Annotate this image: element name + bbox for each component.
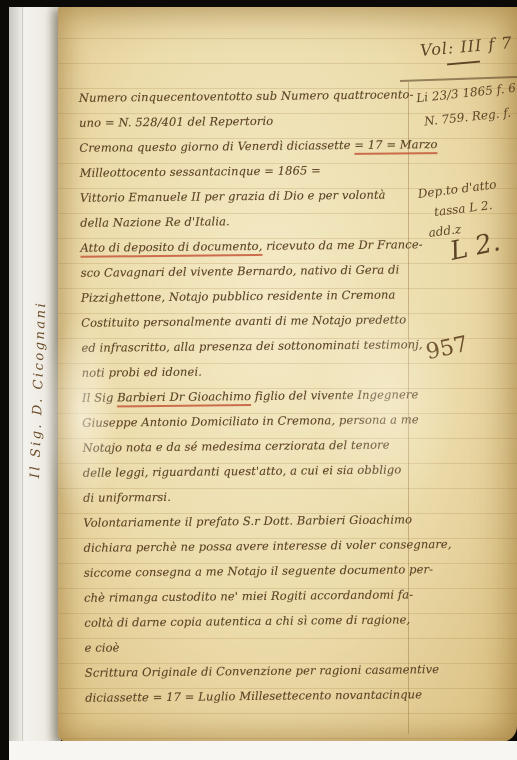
manuscript-line: Milleottocento sessantacinque = 1865 = (80, 157, 424, 186)
manuscript-line: Cremona questo giorno di Venerdì diciass… (79, 132, 423, 161)
manuscript-line: delle leggi, riguardanti quest'atto, a c… (83, 457, 427, 486)
register-number-note: N. 759. Reg. f. (424, 105, 512, 128)
manuscript-line: della Nazione Re d'Italia. (80, 207, 424, 236)
manuscript-line: Volontariamente il prefato S.r Dott. Bar… (83, 507, 427, 536)
manuscript-line: Numero cinquecentoventotto sub Numero qu… (79, 82, 423, 111)
volume-note: Vol: III f 7 (419, 33, 513, 60)
manuscript-line: Notajo nota e da sé medesima cerziorata … (82, 432, 426, 461)
manuscript-line: ed infrascritto, alla presenza dei sotto… (81, 332, 425, 361)
manuscript-line: uno = N. 528/401 del Repertorio (79, 107, 423, 136)
manuscript-paper: Vol: III f 7 Li 23/3 1865 f. 6 N. 759. R… (58, 6, 517, 742)
scan-background-top (0, 0, 517, 7)
manuscript-line: e cioè (84, 632, 428, 661)
manuscript-line: di uniformarsi. (83, 482, 427, 511)
manuscript-line: dichiara perchè ne possa avere interesse… (83, 532, 427, 561)
manuscript-line: Pizzighettone, Notajo pubblico residente… (81, 282, 425, 311)
pen-rule (400, 76, 517, 82)
manuscript-line: diciassette = 17 = Luglio Millesettecent… (85, 682, 429, 711)
manuscript-line: Scrittura Originale di Convenzione per r… (85, 657, 429, 686)
manuscript-line: Il Sig Barbieri Dr Gioachimo figlio del … (82, 382, 426, 411)
manuscript-line: Atto di deposito di documento, ricevuto … (80, 232, 424, 261)
page-edge-seam (22, 5, 23, 755)
scan-background-bottom (9, 741, 517, 760)
manuscript-line: noti probi ed idonei. (82, 357, 426, 386)
manuscript-line: Costituito personalmente avanti di me No… (81, 307, 425, 336)
registration-date-note: Li 23/3 1865 f. 6 (416, 81, 517, 105)
manuscript-lines: Numero cinquecentoventotto sub Numero qu… (79, 82, 430, 711)
manuscript-line: coltà di darne copia autentica a chi sì … (84, 607, 428, 636)
marginal-paraph: 957 (424, 332, 470, 365)
manuscript-line: chè rimanga custodito ne' miei Rogiti ac… (84, 582, 428, 611)
manuscript-line: sco Cavagnari del vivente Bernardo, nati… (81, 257, 425, 286)
scan-background-left (0, 0, 9, 760)
manuscript-line: Vittorio Emanuele II per grazia di Dio e… (80, 182, 424, 211)
scanned-manuscript-page: Vol: III f 7 Li 23/3 1865 f. 6 N. 759. R… (0, 0, 517, 760)
volume-underline-stroke (447, 61, 480, 66)
manuscript-line: Giuseppe Antonio Domiciliato in Cremona,… (82, 407, 426, 436)
manuscript-line: siccome consegna a me Notajo il seguente… (84, 557, 428, 586)
